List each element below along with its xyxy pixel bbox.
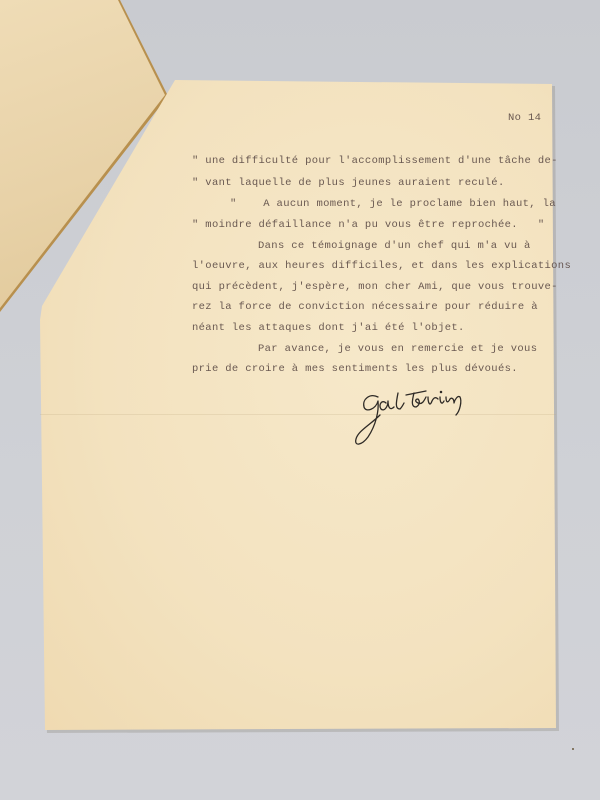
letter-line-2: " vant laquelle de plus jeunes auraient … (192, 177, 505, 189)
page-number: No 14 (508, 112, 541, 124)
letter-line-3: " A aucun moment, je le proclame bien ha… (230, 198, 556, 210)
fold-crease (40, 414, 556, 415)
letter-line-11: prie de croire à mes sentiments les plus… (192, 363, 518, 375)
letter-line-4: " moindre défaillance n'a pu vous être r… (192, 219, 545, 231)
handwritten-signature (348, 385, 478, 455)
letter-line-7: qui précèdent, j'espère, mon cher Ami, q… (192, 281, 558, 293)
letter-line-5: Dans ce témoignage d'un chef qui m'a vu … (258, 240, 531, 252)
debris-speck (572, 748, 574, 750)
letter-line-6: l'oeuvre, aux heures difficiles, et dans… (192, 260, 571, 272)
letter-line-8: rez la force de conviction nécessaire po… (192, 301, 538, 313)
letter-line-1: " une difficulté pour l'accomplissement … (192, 155, 558, 167)
letter-line-10: Par avance, je vous en remercie et je vo… (258, 343, 537, 355)
letter-line-9: néant les attaques dont j'ai été l'objet… (192, 322, 465, 334)
